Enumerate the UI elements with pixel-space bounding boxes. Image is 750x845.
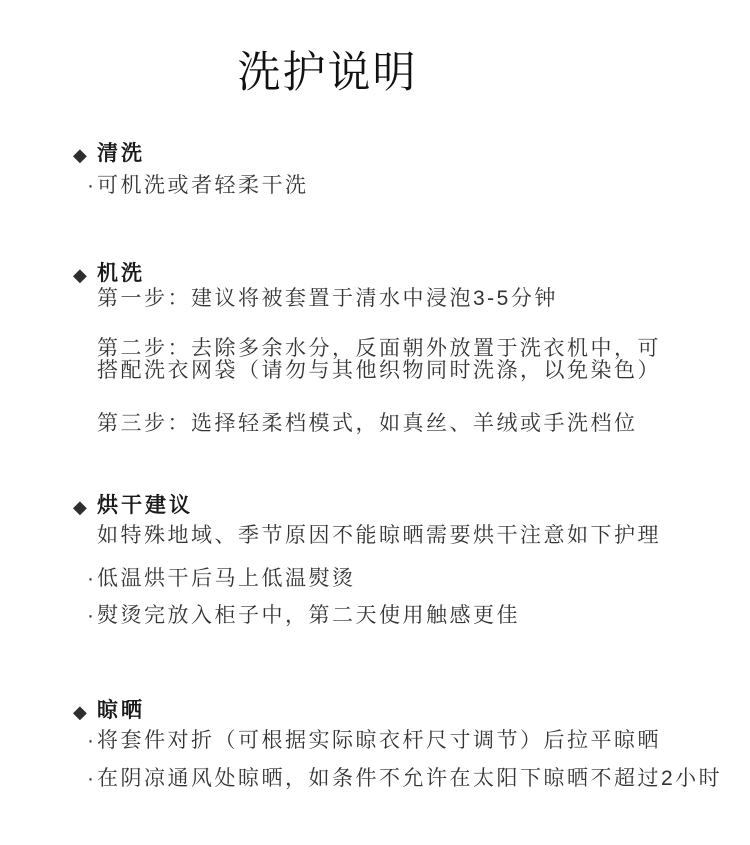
step-line: 第三步：选择轻柔档模式，如真丝、羊绒或手洗档位 — [97, 413, 738, 435]
list-item: ·将套件对折（可根据实际晾衣杆尺寸调节）后拉平晾晒 — [97, 730, 738, 752]
section-cleaning: ◆ 清洗 ·可机洗或者轻柔干洗 — [97, 143, 738, 197]
dot-bullet-icon: · — [87, 568, 97, 590]
step-line: 第一步：建议将被套置于清水中浸泡3-5分钟 — [97, 288, 738, 310]
list-item-text: 低温烘干后马上低温熨烫 — [97, 567, 356, 590]
step-line: 第二步：去除多余水分，反面朝外放置于洗衣机中，可搭配洗衣网袋（请勿与其他织物同时… — [97, 338, 667, 382]
content-column: ◆ 清洗 ·可机洗或者轻柔干洗 ◆ 机洗 第一步：建议将被套置于清水中浸泡3-5… — [0, 143, 750, 790]
section-heading: ◆ 晾晒 — [97, 700, 738, 722]
list-item: ·低温烘干后马上低温熨烫 — [97, 568, 738, 590]
section-air-drying: ◆ 晾晒 ·将套件对折（可根据实际晾衣杆尺寸调节）后拉平晾晒 ·在阴凉通风处晾晒… — [97, 700, 738, 790]
page-title: 洗护说明 — [0, 0, 750, 98]
list-item: ·可机洗或者轻柔干洗 — [97, 175, 738, 197]
section-heading-label: 机洗 — [97, 262, 145, 285]
list-item-text: 熨烫完放入柜子中，第二天使用触感更佳 — [97, 604, 520, 627]
section-heading: ◆ 烘干建议 — [97, 495, 738, 517]
dot-bullet-icon: · — [87, 768, 97, 790]
intro-line: 如特殊地域、季节原因不能晾晒需要烘干注意如下护理 — [97, 525, 738, 547]
diamond-bullet-icon: ◆ — [73, 264, 87, 286]
dot-bullet-icon: · — [87, 175, 97, 197]
list-item: ·在阴凉通风处晾晒，如条件不允许在太阳下晾晒不超过2小时 — [97, 768, 738, 790]
care-instructions-page: 洗护说明 ◆ 清洗 ·可机洗或者轻柔干洗 ◆ 机洗 第一步：建议将被套置于清水中… — [0, 0, 750, 845]
section-drying-advice: ◆ 烘干建议 如特殊地域、季节原因不能晾晒需要烘干注意如下护理 ·低温烘干后马上… — [97, 495, 738, 627]
diamond-bullet-icon: ◆ — [73, 496, 87, 518]
list-item-text: 可机洗或者轻柔干洗 — [97, 174, 309, 197]
list-item-text: 将套件对折（可根据实际晾衣杆尺寸调节）后拉平晾晒 — [97, 729, 661, 752]
section-heading-label: 烘干建议 — [97, 494, 193, 517]
list-item-text: 在阴凉通风处晾晒，如条件不允许在太阳下晾晒不超过2小时 — [97, 767, 722, 790]
section-heading: ◆ 机洗 — [97, 263, 738, 285]
section-machine-wash: ◆ 机洗 第一步：建议将被套置于清水中浸泡3-5分钟 第二步：去除多余水分，反面… — [97, 263, 738, 435]
dot-bullet-icon: · — [87, 730, 97, 752]
section-heading-label: 清洗 — [97, 142, 145, 165]
list-item: ·熨烫完放入柜子中，第二天使用触感更佳 — [97, 605, 738, 627]
section-heading-label: 晾晒 — [97, 699, 145, 722]
diamond-bullet-icon: ◆ — [73, 701, 87, 723]
section-heading: ◆ 清洗 — [97, 143, 738, 165]
dot-bullet-icon: · — [87, 605, 97, 627]
diamond-bullet-icon: ◆ — [73, 144, 87, 166]
